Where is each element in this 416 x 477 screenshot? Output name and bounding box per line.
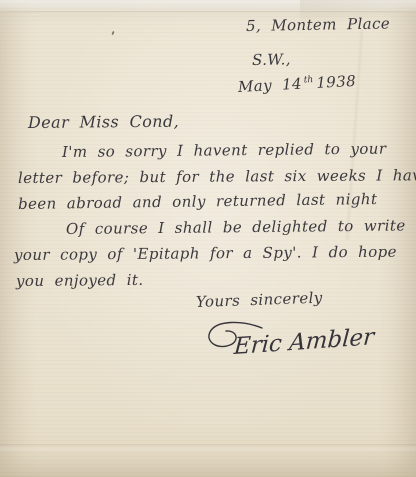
body-line-2: letter before; but for the last six week…: [18, 166, 416, 187]
date-day: May 14: [238, 75, 303, 96]
date-ordinal-suffix: th: [304, 75, 314, 85]
body-line-4: Of course I shall be delighted to write …: [66, 216, 416, 238]
body-line-1: I'm so sorry I havent replied to your: [62, 140, 387, 161]
signature: Eric Ambler: [208, 316, 388, 374]
body-line-6: you enjoyed it.: [16, 271, 144, 290]
ink-speck: [111, 31, 114, 35]
body-line-3: been abroad and only returned last night: [18, 190, 378, 213]
date-year: 1938: [316, 72, 357, 92]
salutation: Dear Miss Cond,: [28, 112, 179, 132]
letter-paper: 5, Montem Place S.W., May 14th1938 Dear …: [0, 0, 416, 477]
paper-crease-bottom: [0, 444, 416, 452]
paper-crease-right: [345, 30, 365, 240]
address-line-2: S.W.,: [252, 50, 291, 69]
date-line: May 14th1938: [238, 72, 357, 96]
body-line-5: your copy of 'Epitaph for a Spy'. I do h…: [14, 243, 397, 264]
address-line-1: 5, Montem Place: [246, 14, 390, 35]
paper-top-edge: [0, 0, 416, 12]
closing-valediction: Yours sincerely: [196, 289, 323, 311]
